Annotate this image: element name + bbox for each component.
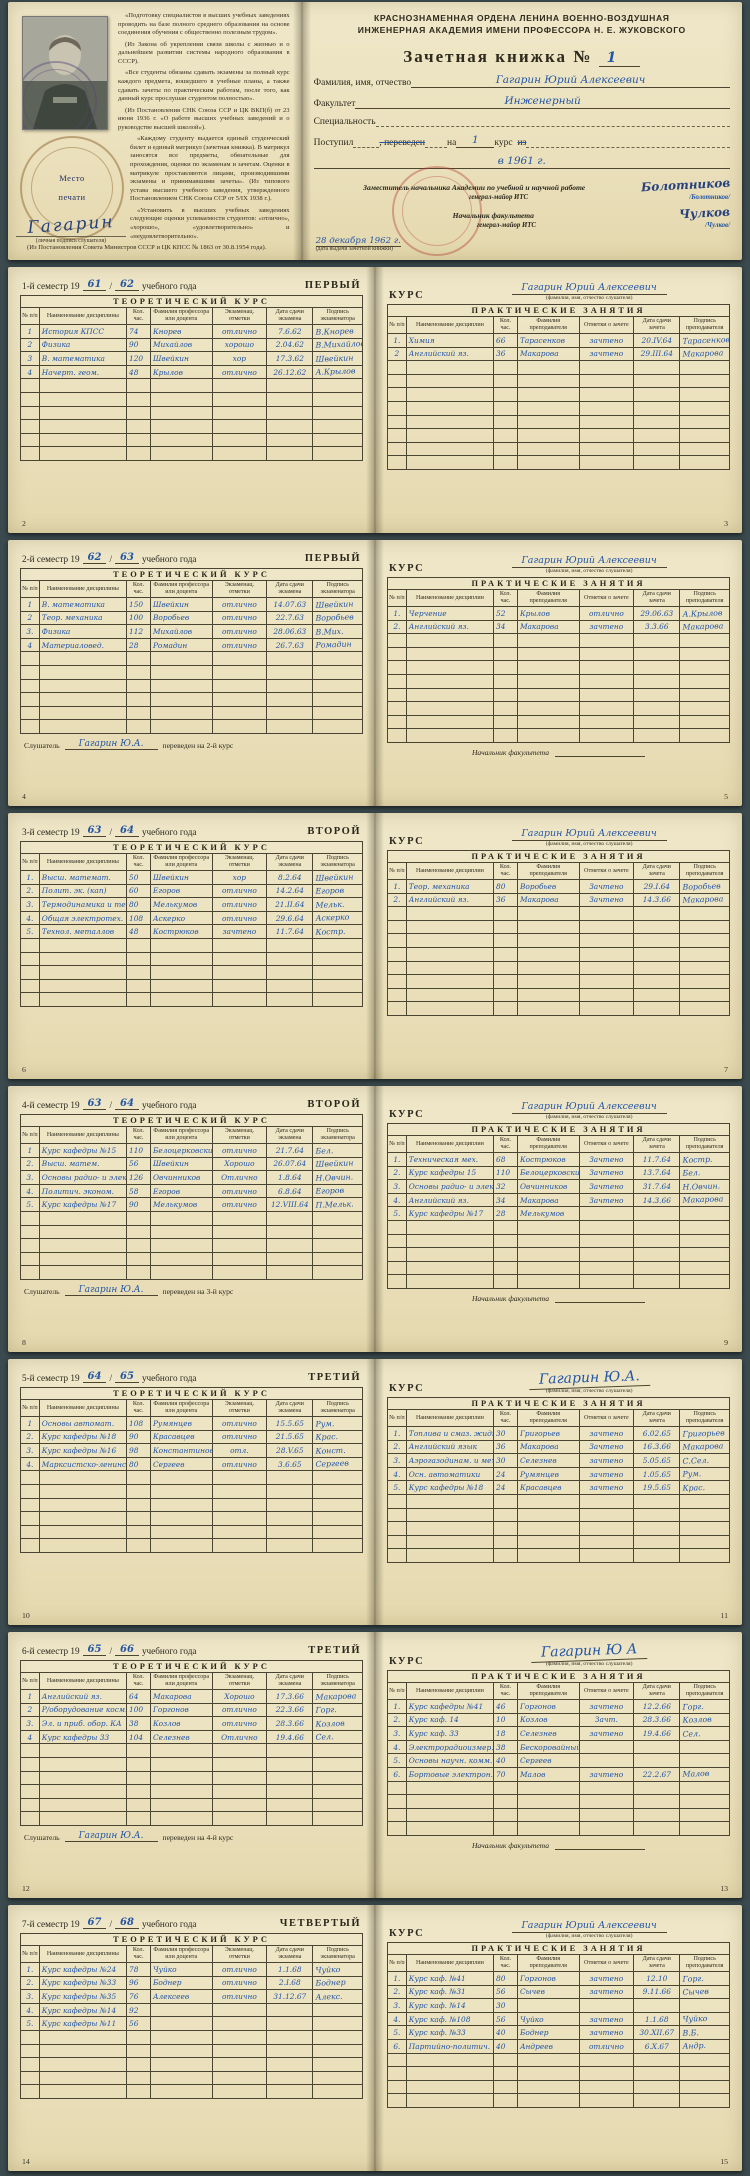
cell-num	[21, 1471, 40, 1485]
cell-hours	[494, 920, 518, 934]
cell-subject	[39, 1525, 126, 1539]
cell-signature	[680, 960, 730, 975]
cell-hours	[127, 2030, 151, 2044]
cell-teacher	[517, 1822, 579, 1836]
cell-subject: Курс каф. №41	[406, 1972, 493, 1986]
cell-date: 17.3.62	[267, 352, 313, 366]
cell-hours	[127, 1484, 151, 1498]
table-row	[388, 961, 730, 975]
cell-subject	[406, 1220, 493, 1234]
cell-subject	[39, 1798, 126, 1812]
cell-signature	[313, 1265, 363, 1280]
name-field-label: Фамилия, имя, отчество	[314, 78, 412, 88]
table-header-row: № п/пНаименование дисциплиныКол. час.Фам…	[21, 1400, 363, 1417]
theory-title: ТЕОРЕТИЧЕСКИЙ КУРС	[21, 1934, 363, 1946]
table-row: 1Курс кафедры №15110Белоцерковскийотличн…	[21, 1144, 363, 1158]
cell-subject	[39, 392, 126, 406]
cell-hours	[127, 2085, 151, 2099]
promotion-text: переведен на 2-й курс	[163, 741, 234, 750]
page-number: 8	[22, 1338, 26, 1347]
cell-num: 2.	[388, 1440, 407, 1454]
course-ordinal-label: ТРЕТИЙ	[308, 1372, 361, 1383]
cell-num: 3.	[21, 1171, 40, 1185]
column-header: Кол. час.	[127, 581, 151, 598]
cell-num	[388, 729, 407, 743]
column-header: Фамилия преподавателя	[517, 1955, 579, 1972]
cell-teacher	[150, 1484, 212, 1498]
cell-date	[634, 715, 680, 729]
cell-hours: 52	[494, 607, 518, 621]
column-header: Наименование дисциплин	[406, 1410, 493, 1427]
table-row: 5.Основы научн. комм.40Сергеев	[388, 1754, 730, 1768]
year-to: 62	[115, 279, 139, 291]
cell-signature: Макарова	[680, 346, 730, 361]
course-student-header: КУРСГагарин Ю.А.(фамилия, имя, отчество …	[389, 1369, 728, 1394]
cell-date	[267, 1771, 313, 1785]
cell-num	[21, 2058, 40, 2072]
table-header-row: № п/пНаименование дисциплинКол. час.Фами…	[388, 1136, 730, 1153]
cell-hours: 70	[494, 1767, 518, 1781]
cell-teacher	[150, 1211, 212, 1225]
year-separator: /	[109, 1373, 112, 1383]
cell-subject	[406, 1822, 493, 1836]
cell-subject	[406, 1261, 493, 1275]
cell-teacher: Боднер	[150, 1976, 212, 1990]
cell-grade	[579, 1795, 634, 1809]
cell-teacher	[517, 907, 579, 921]
practice-table: ПРАКТИЧЕСКИЕ ЗАНЯТИЯ№ п/пНаименование ди…	[387, 1942, 730, 2108]
cell-num	[21, 1239, 40, 1253]
table-row: 5.Курс кафедры №1790Мелькумовотлично12.V…	[21, 1198, 363, 1212]
course-ordinal-label: ПЕРВЫЙ	[305, 553, 361, 564]
cell-grade	[579, 674, 634, 688]
cell-subject: Курс кафедры 33	[39, 1730, 126, 1744]
student-name-block: Гагарин Юрий Алексеевич(фамилия, имя, от…	[450, 1915, 728, 1939]
column-header: Фамилия профессора или доцента	[150, 581, 212, 598]
cell-signature	[313, 2043, 363, 2058]
table-row: 3В. математика120Швейкинхор17.3.62Швейки…	[21, 352, 363, 366]
page-number: 7	[724, 1065, 728, 1074]
column-header: Подпись экзаменатора	[313, 581, 363, 598]
cell-num: 1.	[388, 607, 407, 621]
practice-table: ПРАКТИЧЕСКИЕ ЗАНЯТИЯ№ п/пНаименование ди…	[387, 304, 730, 470]
cell-num	[21, 392, 40, 406]
cell-signature	[680, 1780, 730, 1795]
cell-grade	[212, 966, 267, 980]
column-header: Дата сдачи зачета	[634, 1410, 680, 1427]
cell-date: 14.07.63	[267, 598, 313, 612]
cell-num: 4.	[21, 1457, 40, 1471]
transferred-label: , переведен	[379, 138, 425, 148]
cell-hours: 80	[494, 1972, 518, 1986]
cell-hours: 96	[127, 1976, 151, 1990]
cell-grade	[579, 1207, 634, 1221]
cell-num: 2	[388, 347, 407, 361]
cell-signature: Горг.	[313, 1702, 363, 1717]
student-name-caption: (фамилия, имя, отчество слушателя)	[450, 1661, 728, 1667]
page-number: 9	[724, 1338, 728, 1347]
cell-hours	[494, 661, 518, 675]
cell-teacher	[517, 1275, 579, 1289]
cell-signature	[313, 446, 363, 461]
cell-hours: 110	[494, 1166, 518, 1180]
table-row	[21, 2071, 363, 2085]
cell-subject: Курс каф. №31	[406, 1985, 493, 1999]
semester-label: 6-й семестр 19	[22, 1646, 80, 1656]
practice-title: ПРАКТИЧЕСКИЕ ЗАНЯТИЯ	[388, 1124, 730, 1136]
cell-subject	[406, 988, 493, 1002]
cell-subject	[39, 433, 126, 447]
course-ordinal-label: ВТОРОЙ	[307, 1099, 361, 1110]
cell-num	[21, 1771, 40, 1785]
cell-grade	[212, 420, 267, 434]
table-row	[21, 1498, 363, 1512]
cell-signature	[680, 1821, 730, 1836]
cell-teacher: Швейкин	[150, 1157, 212, 1171]
student-name: Гагарин Юрий Алексеевич	[512, 282, 667, 295]
cell-hours	[127, 720, 151, 734]
kurs-word: КУРС	[389, 563, 424, 574]
year-from: 63	[83, 1098, 107, 1110]
cell-num: 5.	[388, 1754, 407, 1768]
cell-grade	[579, 442, 634, 456]
cell-hours	[494, 988, 518, 1002]
cell-grade	[579, 1248, 634, 1262]
cell-num: 4	[21, 1730, 40, 1744]
cell-date	[634, 1795, 680, 1809]
cell-teacher	[150, 1757, 212, 1771]
cell-grade	[579, 1261, 634, 1275]
kurs-word: КУРС	[389, 1109, 424, 1120]
cell-hours	[127, 966, 151, 980]
column-header: Наименование дисциплин	[406, 1683, 493, 1700]
cell-teacher	[150, 1225, 212, 1239]
cell-signature	[680, 1507, 730, 1522]
column-header: № п/п	[388, 1136, 407, 1153]
cell-teacher	[517, 975, 579, 989]
cell-hours	[127, 1539, 151, 1553]
cell-teacher: Боднер	[517, 2026, 579, 2040]
table-row: 2.Полит. эк. (кап)60Егоровотлично14.2.64…	[21, 884, 363, 898]
cell-subject: Термодинамика и теплопередача	[39, 898, 126, 912]
cell-hours	[127, 665, 151, 679]
cell-signature: Швейкин	[313, 1156, 363, 1171]
cell-date	[634, 729, 680, 743]
faculty-head-signature: Чулков	[679, 204, 731, 223]
cell-grade: отлично	[212, 638, 267, 652]
cell-grade	[579, 2053, 634, 2067]
cell-grade: Зачт.	[579, 1713, 634, 1727]
cell-signature: Макарова	[680, 892, 730, 907]
cell-grade	[212, 693, 267, 707]
semester-spread: 3-й семестр 1963/64 учебного годаВТОРОЙТ…	[8, 813, 742, 1079]
cell-teacher: Румянцев	[150, 1417, 212, 1431]
cell-num	[388, 401, 407, 415]
cell-teacher	[517, 1261, 579, 1275]
cell-teacher	[150, 2044, 212, 2058]
table-header-row: № п/пНаименование дисциплиныКол. час.Фам…	[21, 581, 363, 598]
student-name-block: Гагарин Юрий Алексеевич(фамилия, имя, от…	[450, 550, 728, 574]
cell-signature	[313, 992, 363, 1007]
cell-hours	[127, 1225, 151, 1239]
cell-subject: Физика	[39, 338, 126, 352]
course-ordinal-label: ТРЕТИЙ	[308, 1645, 361, 1656]
cell-teacher: Румянцев	[517, 1467, 579, 1481]
table-row	[388, 674, 730, 688]
cell-subject	[39, 2058, 126, 2072]
cell-teacher	[517, 729, 579, 743]
cell-date	[267, 1798, 313, 1812]
table-header-row: № п/пНаименование дисциплинКол. час.Фами…	[388, 1683, 730, 1700]
column-header: Кол. час.	[494, 1136, 518, 1153]
cell-hours	[494, 374, 518, 388]
cell-num	[21, 665, 40, 679]
cell-grade	[212, 1471, 267, 1485]
column-header: Экзаменац. отметки	[212, 1127, 267, 1144]
cell-teacher: Мелькумов	[150, 1198, 212, 1212]
faculty-head-name-bracket: /Чулков/	[705, 221, 730, 230]
cell-num: 2.	[388, 1713, 407, 1727]
cell-subject	[39, 938, 126, 952]
cell-hours	[127, 1211, 151, 1225]
cell-teacher	[150, 379, 212, 393]
cell-hours: 46	[494, 1700, 518, 1714]
practice-title: ПРАКТИЧЕСКИЕ ЗАНЯТИЯ	[388, 305, 730, 317]
table-row	[388, 1002, 730, 1016]
year-from: 65	[83, 1644, 107, 1656]
table-row: 4.Политич. эконом.58Егоровотлично6.8.64Е…	[21, 1184, 363, 1198]
cell-signature	[680, 1274, 730, 1289]
cell-num: 1.	[21, 871, 40, 885]
cell-teacher	[517, 988, 579, 1002]
booklet-title: Зачетная книжка № 1	[314, 47, 730, 67]
cell-signature	[680, 455, 730, 470]
column-header: Кол. час.	[494, 1683, 518, 1700]
cell-teacher: Макарова	[150, 1690, 212, 1704]
cell-num	[388, 1508, 407, 1522]
cell-teacher	[150, 406, 212, 420]
column-header: № п/п	[21, 1946, 40, 1963]
table-row: 4.Осн. автоматики24Румянцевзачтено1.05.6…	[388, 1467, 730, 1481]
blank-line	[353, 137, 379, 148]
column-header: № п/п	[388, 1410, 407, 1427]
cell-teacher	[150, 2071, 212, 2085]
table-row	[388, 1494, 730, 1508]
cell-date	[267, 2017, 313, 2031]
table-row: 4.Марксистско-ленинская философия80Серге…	[21, 1457, 363, 1471]
cell-teacher	[150, 1471, 212, 1485]
cell-subject	[406, 401, 493, 415]
cell-subject: Курс каф. 14	[406, 1713, 493, 1727]
cell-num: 1.	[388, 334, 407, 348]
cell-date: 14.3.66	[634, 893, 680, 907]
practice-table: ПРАКТИЧЕСКИЕ ЗАНЯТИЯ№ п/пНаименование ди…	[387, 850, 730, 1016]
student-name-caption: (фамилия, имя, отчество слушателя)	[450, 1388, 728, 1394]
student-name: Гагарин Ю А	[531, 1641, 648, 1663]
table-row: 4.Курс кафедры №1492	[21, 2003, 363, 2017]
cell-grade: зачтено	[579, 1727, 634, 1741]
cell-date: 31.12.67	[267, 1990, 313, 2004]
year-to: 64	[115, 825, 139, 837]
cell-teacher	[150, 1785, 212, 1799]
cell-date	[634, 1522, 680, 1536]
cell-hours: 150	[127, 598, 151, 612]
cell-date	[634, 702, 680, 716]
signature-rule	[555, 756, 645, 757]
cell-teacher: Белоцерковский	[150, 1144, 212, 1158]
table-row	[388, 1522, 730, 1536]
table-row	[21, 1266, 363, 1280]
cell-grade	[579, 1234, 634, 1248]
table-row: 5.Технол. металлов48Кострюковзачтено11.7…	[21, 925, 363, 939]
cell-num: 3	[21, 352, 40, 366]
cell-teacher: Сергеев	[517, 1754, 579, 1768]
cell-num: 2.	[21, 1430, 40, 1444]
column-header: № п/п	[388, 1955, 407, 1972]
table-row	[388, 988, 730, 1002]
cell-hours: 28	[127, 638, 151, 652]
cell-num	[21, 1498, 40, 1512]
cell-teacher: Белоцерковский	[517, 1166, 579, 1180]
cell-date: 26.7.63	[267, 638, 313, 652]
table-row: 3.Основы радио- и электроники126Овчинник…	[21, 1171, 363, 1185]
cell-hours: 40	[494, 2026, 518, 2040]
theory-table: ТЕОРЕТИЧЕСКИЙ КУРС№ п/пНаименование дисц…	[20, 1933, 363, 2099]
semester-label: 5-й семестр 19	[22, 1373, 80, 1383]
table-row: 1.Курс кафедры №2478Чуйкоотлично1.1.68Чу…	[21, 1963, 363, 1977]
table-row: 2.Английский язык36МакароваЗачтено16.3.6…	[388, 1440, 730, 1454]
cell-date	[634, 947, 680, 961]
cell-hours: 110	[127, 1144, 151, 1158]
cell-num	[21, 1252, 40, 1266]
cell-hours	[494, 1522, 518, 1536]
cell-hours: 80	[494, 880, 518, 894]
kurs-word: КУРС	[389, 1656, 424, 1667]
table-row	[21, 652, 363, 666]
cell-date	[267, 1512, 313, 1526]
theory-table: ТЕОРЕТИЧЕСКИЙ КУРС№ п/пНаименование дисц…	[20, 295, 363, 461]
table-row: 6.Бортовые электрон.-вычисл. машины70Мал…	[388, 1767, 730, 1781]
cell-teacher: Воробьев	[150, 611, 212, 625]
column-header: Фамилия преподавателя	[517, 1136, 579, 1153]
cell-date	[634, 1508, 680, 1522]
column-header: Дата сдачи экзамена	[267, 308, 313, 325]
cell-subject	[406, 1535, 493, 1549]
cell-teacher	[517, 1508, 579, 1522]
cell-hours	[494, 647, 518, 661]
table-row	[21, 1252, 363, 1266]
cell-num	[388, 374, 407, 388]
cell-hours: 104	[127, 1730, 151, 1744]
cell-num: 5.	[21, 925, 40, 939]
cell-num	[21, 952, 40, 966]
column-header: № п/п	[21, 1673, 40, 1690]
semester-label: 1-й семестр 19	[22, 281, 80, 291]
cell-hours	[127, 1785, 151, 1799]
signature-rule	[555, 1302, 645, 1303]
cell-hours: 38	[127, 1717, 151, 1731]
cell-teacher	[517, 647, 579, 661]
cell-date	[634, 1275, 680, 1289]
faculty-head-line: Начальник факультета	[391, 1841, 726, 1850]
cell-num	[21, 979, 40, 993]
cell-date	[634, 1234, 680, 1248]
table-row	[388, 2094, 730, 2108]
cell-date	[267, 952, 313, 966]
student-name-block: Гагарин Юрий Алексеевич(фамилия, имя, от…	[450, 823, 728, 847]
cell-hours: 28	[494, 1207, 518, 1221]
cell-teacher	[517, 429, 579, 443]
student-name: Гагарин Юрий Алексеевич	[512, 1920, 667, 1933]
cell-date: 1.8.64	[267, 1171, 313, 1185]
column-header: Подпись преподавателя	[680, 1410, 730, 1427]
cell-teacher	[150, 966, 212, 980]
practice-title: ПРАКТИЧЕСКИЕ ЗАНЯТИЯ	[388, 851, 730, 863]
cell-subject	[39, 1252, 126, 1266]
cell-hours: 76	[127, 1990, 151, 2004]
student-name-caption: (фамилия, имя, отчество слушателя)	[450, 1114, 728, 1120]
cell-grade: отлично	[212, 1963, 267, 1977]
cell-num	[388, 715, 407, 729]
column-header: Наименование дисциплины	[39, 1673, 126, 1690]
cell-hours: 36	[494, 1440, 518, 1454]
cell-teacher	[517, 674, 579, 688]
cell-date	[267, 420, 313, 434]
cell-subject	[39, 1744, 126, 1758]
cell-hours	[494, 1494, 518, 1508]
column-header: Фамилия преподавателя	[517, 1683, 579, 1700]
column-header: Дата сдачи зачета	[634, 1955, 680, 1972]
semester-spread: 1-й семестр 1961/62 учебного годаПЕРВЫЙТ…	[8, 267, 742, 533]
page-number: 13	[720, 1884, 728, 1893]
promotion-text: переведен на 4-й курс	[163, 1833, 234, 1842]
cell-hours	[494, 415, 518, 429]
cell-date	[634, 1002, 680, 1016]
cell-date	[267, 2071, 313, 2085]
cell-date	[267, 433, 313, 447]
cell-teacher	[150, 938, 212, 952]
cell-grade: Зачтено	[579, 1440, 634, 1454]
column-header: Фамилия преподавателя	[517, 590, 579, 607]
cell-subject	[39, 1498, 126, 1512]
cell-grade: зачтено	[579, 334, 634, 348]
cell-subject	[406, 456, 493, 470]
table-row	[21, 2044, 363, 2058]
cell-subject	[406, 1508, 493, 1522]
cell-teacher	[150, 652, 212, 666]
cell-grade: отлично	[212, 1184, 267, 1198]
cell-signature: Макарова	[680, 1439, 730, 1454]
cell-grade	[212, 392, 267, 406]
practice-title: ПРАКТИЧЕСКИЕ ЗАНЯТИЯ	[388, 1943, 730, 1955]
cell-hours: 60	[127, 884, 151, 898]
semester-spreads-container: 1-й семестр 1961/62 учебного годаПЕРВЫЙТ…	[0, 267, 750, 2171]
theory-title: ТЕОРЕТИЧЕСКИЙ КУРС	[21, 569, 363, 581]
cell-grade: Зачтено	[579, 880, 634, 894]
cell-teacher: Сергеев	[150, 1457, 212, 1471]
column-header: Фамилия преподавателя	[517, 1410, 579, 1427]
cell-signature	[313, 1770, 363, 1785]
cell-num	[388, 415, 407, 429]
cell-date: 22.3.66	[267, 1703, 313, 1717]
cell-num	[388, 920, 407, 934]
table-row: 3.Физика112Михайловотлично28.06.63В.Мих.	[21, 625, 363, 639]
entered-label: Поступил	[314, 138, 354, 148]
table-row	[21, 1471, 363, 1485]
cell-teacher: Овчинников	[150, 1171, 212, 1185]
cell-teacher	[150, 1539, 212, 1553]
cell-num: 1	[21, 598, 40, 612]
